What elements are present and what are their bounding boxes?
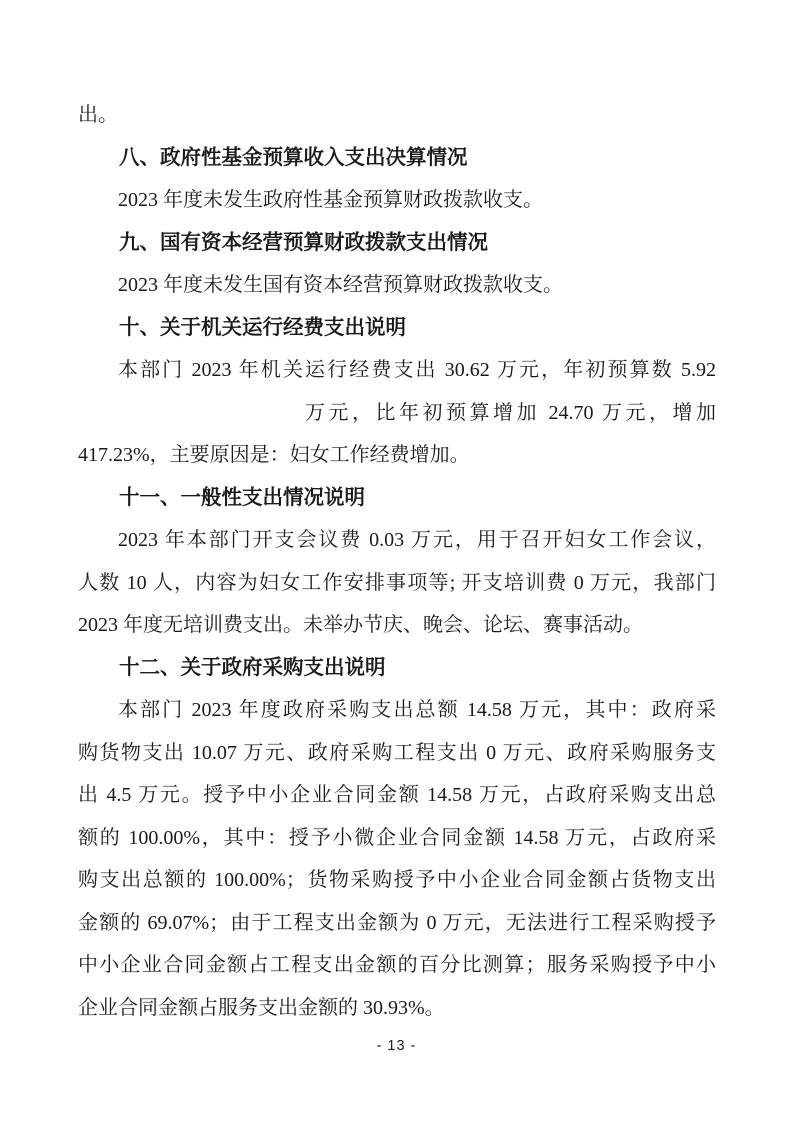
text-line: 2023 年度未发生政府性基金预算财政拨款收支。 [78,179,716,222]
text-line: 万元，比年初预算增加 24.70 万元，增加 [78,392,716,435]
document-page: 出。八、政府性基金预算收入支出决算情况2023 年度未发生政府性基金预算财政拨款… [0,0,793,1122]
text-line: 中小企业合同金额占工程支出金额的百分比测算；服务采购授予中小 [78,944,716,987]
text-line: 人数 10 人，内容为妇女工作安排事项等; 开支培训费 0 万元，我部门 [78,562,716,605]
text-line: 本部门 2023 年度政府采购支出总额 14.58 万元，其中：政府采 [78,689,716,732]
document-body: 出。八、政府性基金预算收入支出决算情况2023 年度未发生政府性基金预算财政拨款… [78,94,716,1029]
text-line: 2023 年度无培训费支出。未举办节庆、晚会、论坛、赛事活动。 [78,604,716,647]
text-line: 额的 100.00%，其中：授予小微企业合同金额 14.58 万元，占政府采 [78,817,716,860]
text-line: 企业合同金额占服务支出金额的 30.93%。 [78,987,716,1030]
text-line: 购货物支出 10.07 万元、政府采购工程支出 0 万元、政府采购服务支 [78,732,716,775]
section-heading: 八、政府性基金预算收入支出决算情况 [78,137,716,180]
text-line: 购支出总额的 100.00%；货物采购授予中小企业合同金额占货物支出 [78,859,716,902]
section-heading: 十二、关于政府采购支出说明 [78,647,716,690]
section-heading: 九、国有资本经营预算财政拨款支出情况 [78,222,716,265]
text-line: 金额的 69.07%；由于工程支出金额为 0 万元，无法进行工程采购授予 [78,902,716,945]
text-line: 2023 年本部门开支会议费 0.03 万元，用于召开妇女工作会议， [78,519,716,562]
page-number: - 13 - [0,1032,793,1060]
text-line: 出 4.5 万元。授予中小企业合同金额 14.58 万元，占政府采购支出总 [78,774,716,817]
text-line: 2023 年度未发生国有资本经营预算财政拨款收支。 [78,264,716,307]
text-line: 出。 [78,94,716,137]
text-line: 本部门 2023 年机关运行经费支出 30.62 万元，年初预算数 5.92 [78,349,716,392]
section-heading: 十一、一般性支出情况说明 [78,477,716,520]
text-line: 417.23%，主要原因是：妇女工作经费增加。 [78,434,716,477]
section-heading: 十、关于机关运行经费支出说明 [78,307,716,350]
